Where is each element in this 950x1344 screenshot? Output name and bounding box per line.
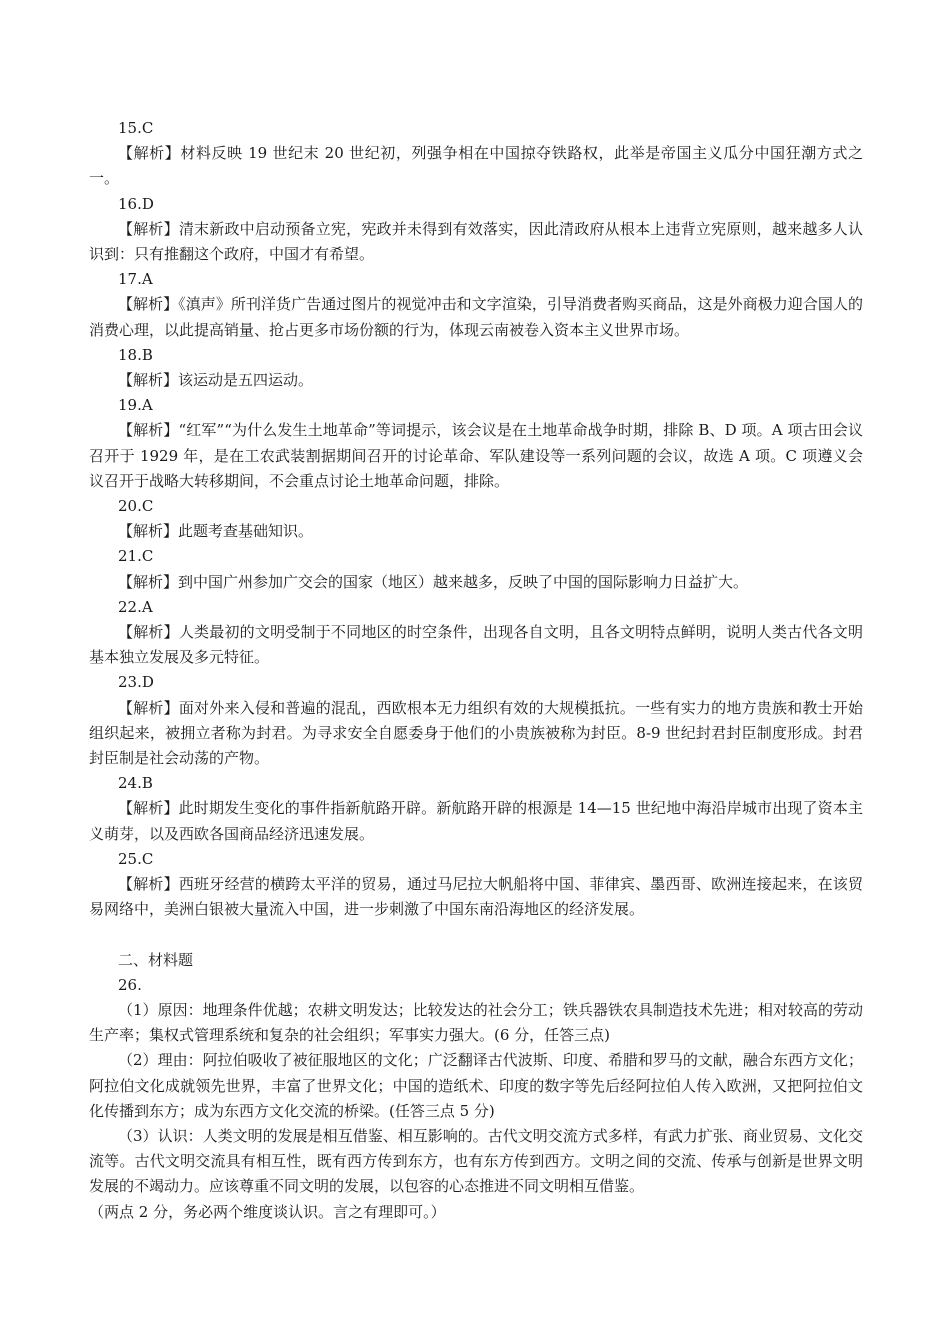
section-heading: 二、材料题 bbox=[89, 948, 863, 973]
answer-analysis: 【解析】此题考查基础知识。 bbox=[89, 519, 863, 544]
answer-analysis: 【解析】人类最初的文明受制于不同地区的时空条件，出现各自文明，且各文明特点鲜明，… bbox=[89, 620, 863, 670]
answer-analysis: 【解析】西班牙经营的横跨太平洋的贸易，通过马尼拉大帆船将中国、菲律宾、墨西哥、欧… bbox=[89, 872, 863, 922]
answer-number: 25.C bbox=[89, 847, 863, 872]
answer-number: 18.B bbox=[89, 343, 863, 368]
answer-number: 16.D bbox=[89, 192, 863, 217]
answer-analysis: 【解析】此时期发生变化的事件指新航路开辟。新航路开辟的根源是 14—15 世纪地… bbox=[89, 796, 863, 846]
section-spacer bbox=[89, 923, 863, 948]
scoring-note: （两点 2 分，务必两个维度谈认识。言之有理即可。） bbox=[89, 1200, 863, 1225]
answer-analysis: 【解析】“红军”“为什么发生土地革命”等词提示，该会议是在土地革命战争时期，排除… bbox=[89, 418, 863, 494]
answer-analysis: 【解析】《滇声》所刊洋货广告通过图片的视觉冲击和文字渲染，引导消费者购买商品，这… bbox=[89, 292, 863, 342]
answer-analysis: 【解析】清末新政中启动预备立宪，宪政并未得到有效落实，因此清政府从根本上违背立宪… bbox=[89, 217, 863, 267]
answer-number: 24.B bbox=[89, 771, 863, 796]
answer-number: 21.C bbox=[89, 544, 863, 569]
question-part-2: （2）理由：阿拉伯吸收了被征服地区的文化；广泛翻译古代波斯、印度、希腊和罗马的文… bbox=[89, 1048, 863, 1124]
answer-number: 23.D bbox=[89, 670, 863, 695]
question-part-1: （1）原因：地理条件优越；农耕文明发达；比较发达的社会分工；铁兵器铁农具制造技术… bbox=[89, 998, 863, 1048]
question-part-3: （3）认识：人类文明的发展是相互借鉴、相互影响的。古代文明交流方式多样，有武力扩… bbox=[89, 1124, 863, 1200]
answer-number: 17.A bbox=[89, 267, 863, 292]
answer-analysis: 【解析】到中国广州参加广交会的国家（地区）越来越多，反映了中国的国际影响力日益扩… bbox=[89, 570, 863, 595]
answer-number: 20.C bbox=[89, 494, 863, 519]
answer-number: 22.A bbox=[89, 595, 863, 620]
answer-number: 15.C bbox=[89, 116, 863, 141]
question-number: 26. bbox=[89, 973, 863, 998]
answer-document: 15.C 【解析】材料反映 19 世纪末 20 世纪初，列强争相在中国掠夺铁路权… bbox=[89, 116, 863, 1225]
answer-analysis: 【解析】材料反映 19 世纪末 20 世纪初，列强争相在中国掠夺铁路权，此举是帝… bbox=[89, 141, 863, 191]
answer-analysis: 【解析】面对外来入侵和普遍的混乱，西欧根本无力组织有效的大规模抵抗。一些有实力的… bbox=[89, 696, 863, 772]
answer-number: 19.A bbox=[89, 393, 863, 418]
answer-analysis: 【解析】该运动是五四运动。 bbox=[89, 368, 863, 393]
